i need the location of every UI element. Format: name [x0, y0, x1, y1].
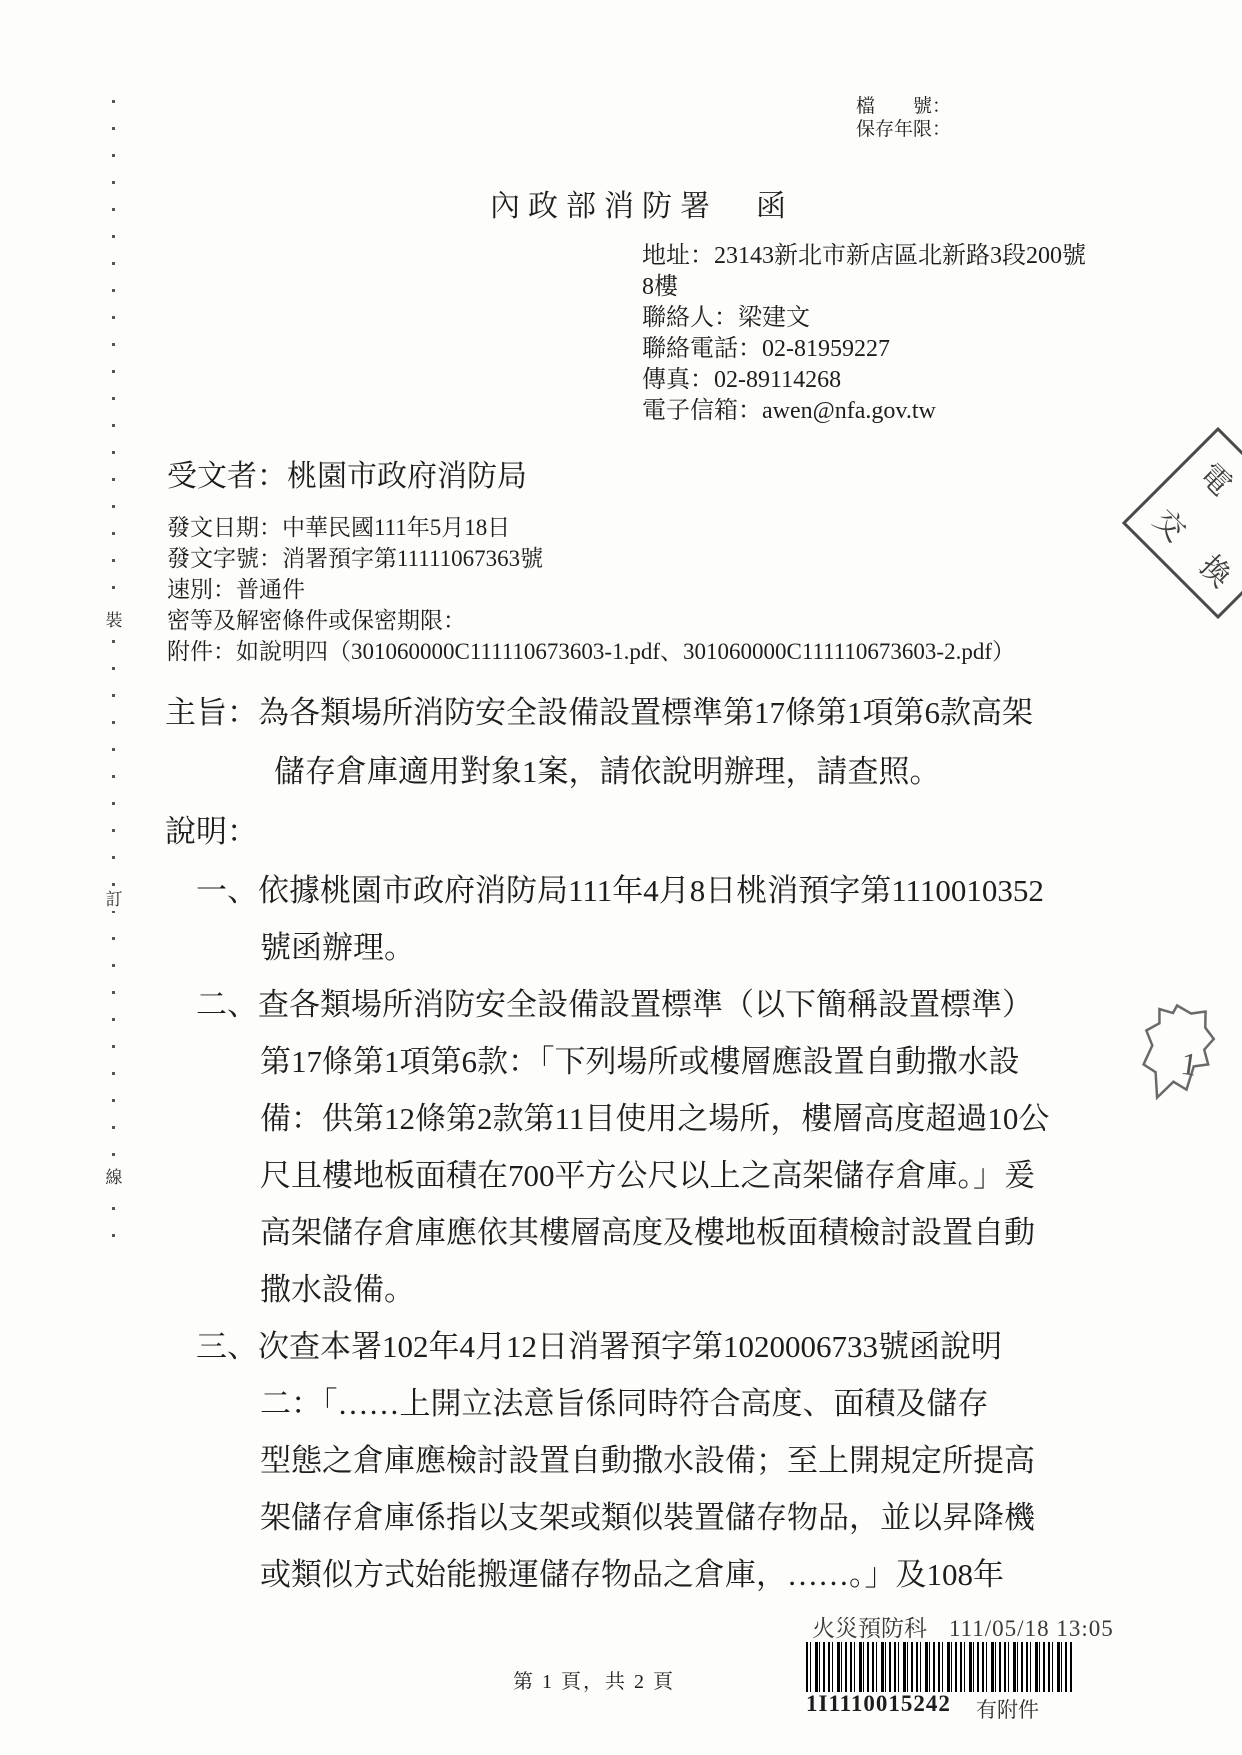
document-meta-block: 發文日期：中華民國111年5月18日 發文字號：消署預字第11111067363…	[167, 512, 1015, 667]
attachment-line: 附件：如說明四（301060000C111110673603-1.pdf、301…	[167, 636, 1015, 667]
explanation-body: 一、依據桃園市政府消防局111年4月8日桃消預字第1110010352 號函辦理…	[155, 862, 1049, 1603]
body-line: 架儲存倉庫係指以支架或類似裝置儲存物品，並以昇降機	[155, 1489, 1049, 1546]
security-class-line: 密等及解密條件或保密期限：	[167, 605, 1015, 636]
fax-line: 傳真：02-89114268	[642, 365, 1086, 396]
document-title: 內政部消防署 函	[490, 181, 794, 225]
body-line: 第17條第1項第6款：「下列場所或樓層應設置自動撒水設	[155, 1033, 1049, 1090]
department-stamp: 火災預防科111/05/18 13:05	[812, 1610, 1114, 1643]
attachment-badge: 有附件	[976, 1694, 1039, 1724]
address-line: 8樓	[642, 272, 1086, 303]
subject-line: 儲存倉庫適用對象1案，請依說明辦理，請查照。	[165, 742, 1033, 801]
subject-line: 主旨：為各類場所消防安全設備設置標準第17條第1項第6款高架	[165, 683, 1033, 742]
body-line: 型態之倉庫應檢討設置自動撒水設備；至上開規定所提高	[155, 1432, 1049, 1489]
department-stamp-datetime: 111/05/18 13:05	[949, 1616, 1114, 1641]
page-number-seal: 1	[1133, 998, 1221, 1114]
electronic-exchange-stamp: 電 子 交 換	[1122, 427, 1242, 619]
recipient-line: 受文者：桃園市政府消防局	[167, 451, 527, 495]
email-line: 電子信箱：awen@nfa.gov.tw	[642, 396, 1086, 427]
binding-mark-xian: 線	[101, 1167, 127, 1189]
document-page: 裝 訂 線 檔 號： 保存年限： 內政部消防署 函 地址：23143新北市新店區…	[0, 0, 1242, 1755]
barcode	[806, 1642, 1074, 1692]
binding-mark-ding: 訂	[101, 889, 127, 911]
page-footer: 第 1 頁，共 2 頁	[513, 1665, 675, 1694]
body-line: 號函辦理。	[155, 919, 1049, 976]
file-number-label: 檔 號：	[856, 95, 951, 118]
sender-contact-block: 地址：23143新北市新店區北新路3段200號 8樓 聯絡人：梁建文 聯絡電話：…	[642, 241, 1086, 427]
body-line: 一、依據桃園市政府消防局111年4月8日桃消預字第1110010352	[155, 862, 1049, 919]
body-line: 高架儲存倉庫應依其樓層高度及樓地板面積檢討設置自動	[155, 1204, 1049, 1261]
subject-block: 主旨：為各類場所消防安全設備設置標準第17條第1項第6款高架 儲存倉庫適用對象1…	[165, 683, 1033, 801]
body-line: 三、次查本署102年4月12日消署預字第1020006733號函說明	[155, 1318, 1049, 1375]
body-line: 或類似方式始能搬運儲存物品之倉庫，……。」及108年	[155, 1546, 1049, 1603]
file-number-block: 檔 號： 保存年限：	[856, 95, 951, 141]
barcode-number: 1I1110015242	[806, 1691, 951, 1717]
department-stamp-name: 火災預防科	[812, 1616, 927, 1641]
contact-phone-line: 聯絡電話：02-81959227	[642, 334, 1086, 365]
address-line: 地址：23143新北市新店區北新路3段200號	[642, 241, 1086, 272]
binding-mark-zhuang: 裝	[101, 610, 127, 632]
speed-class-line: 速別：普通件	[167, 574, 1015, 605]
body-line: 撒水設備。	[155, 1261, 1049, 1318]
issue-number-line: 發文字號：消署預字第11111067363號	[167, 543, 1015, 574]
contact-person-line: 聯絡人：梁建文	[642, 303, 1086, 334]
retention-period-label: 保存年限：	[856, 118, 951, 141]
explanation-label: 說明：	[165, 806, 258, 851]
issue-date-line: 發文日期：中華民國111年5月18日	[167, 512, 1015, 543]
body-line: 尺且樓地板面積在700平方公尺以上之高架儲存倉庫。」爰	[155, 1147, 1049, 1204]
body-line: 備：供第12條第2款第11目使用之場所，樓層高度超過10公	[155, 1090, 1049, 1147]
seal-page-number: 1	[1179, 1045, 1200, 1083]
body-line: 二、查各類場所消防安全設備設置標準（以下簡稱設置標準）	[155, 976, 1049, 1033]
binding-dotted-line	[112, 100, 115, 1250]
body-line: 二：「……上開立法意旨係同時符合高度、面積及儲存	[155, 1375, 1049, 1432]
